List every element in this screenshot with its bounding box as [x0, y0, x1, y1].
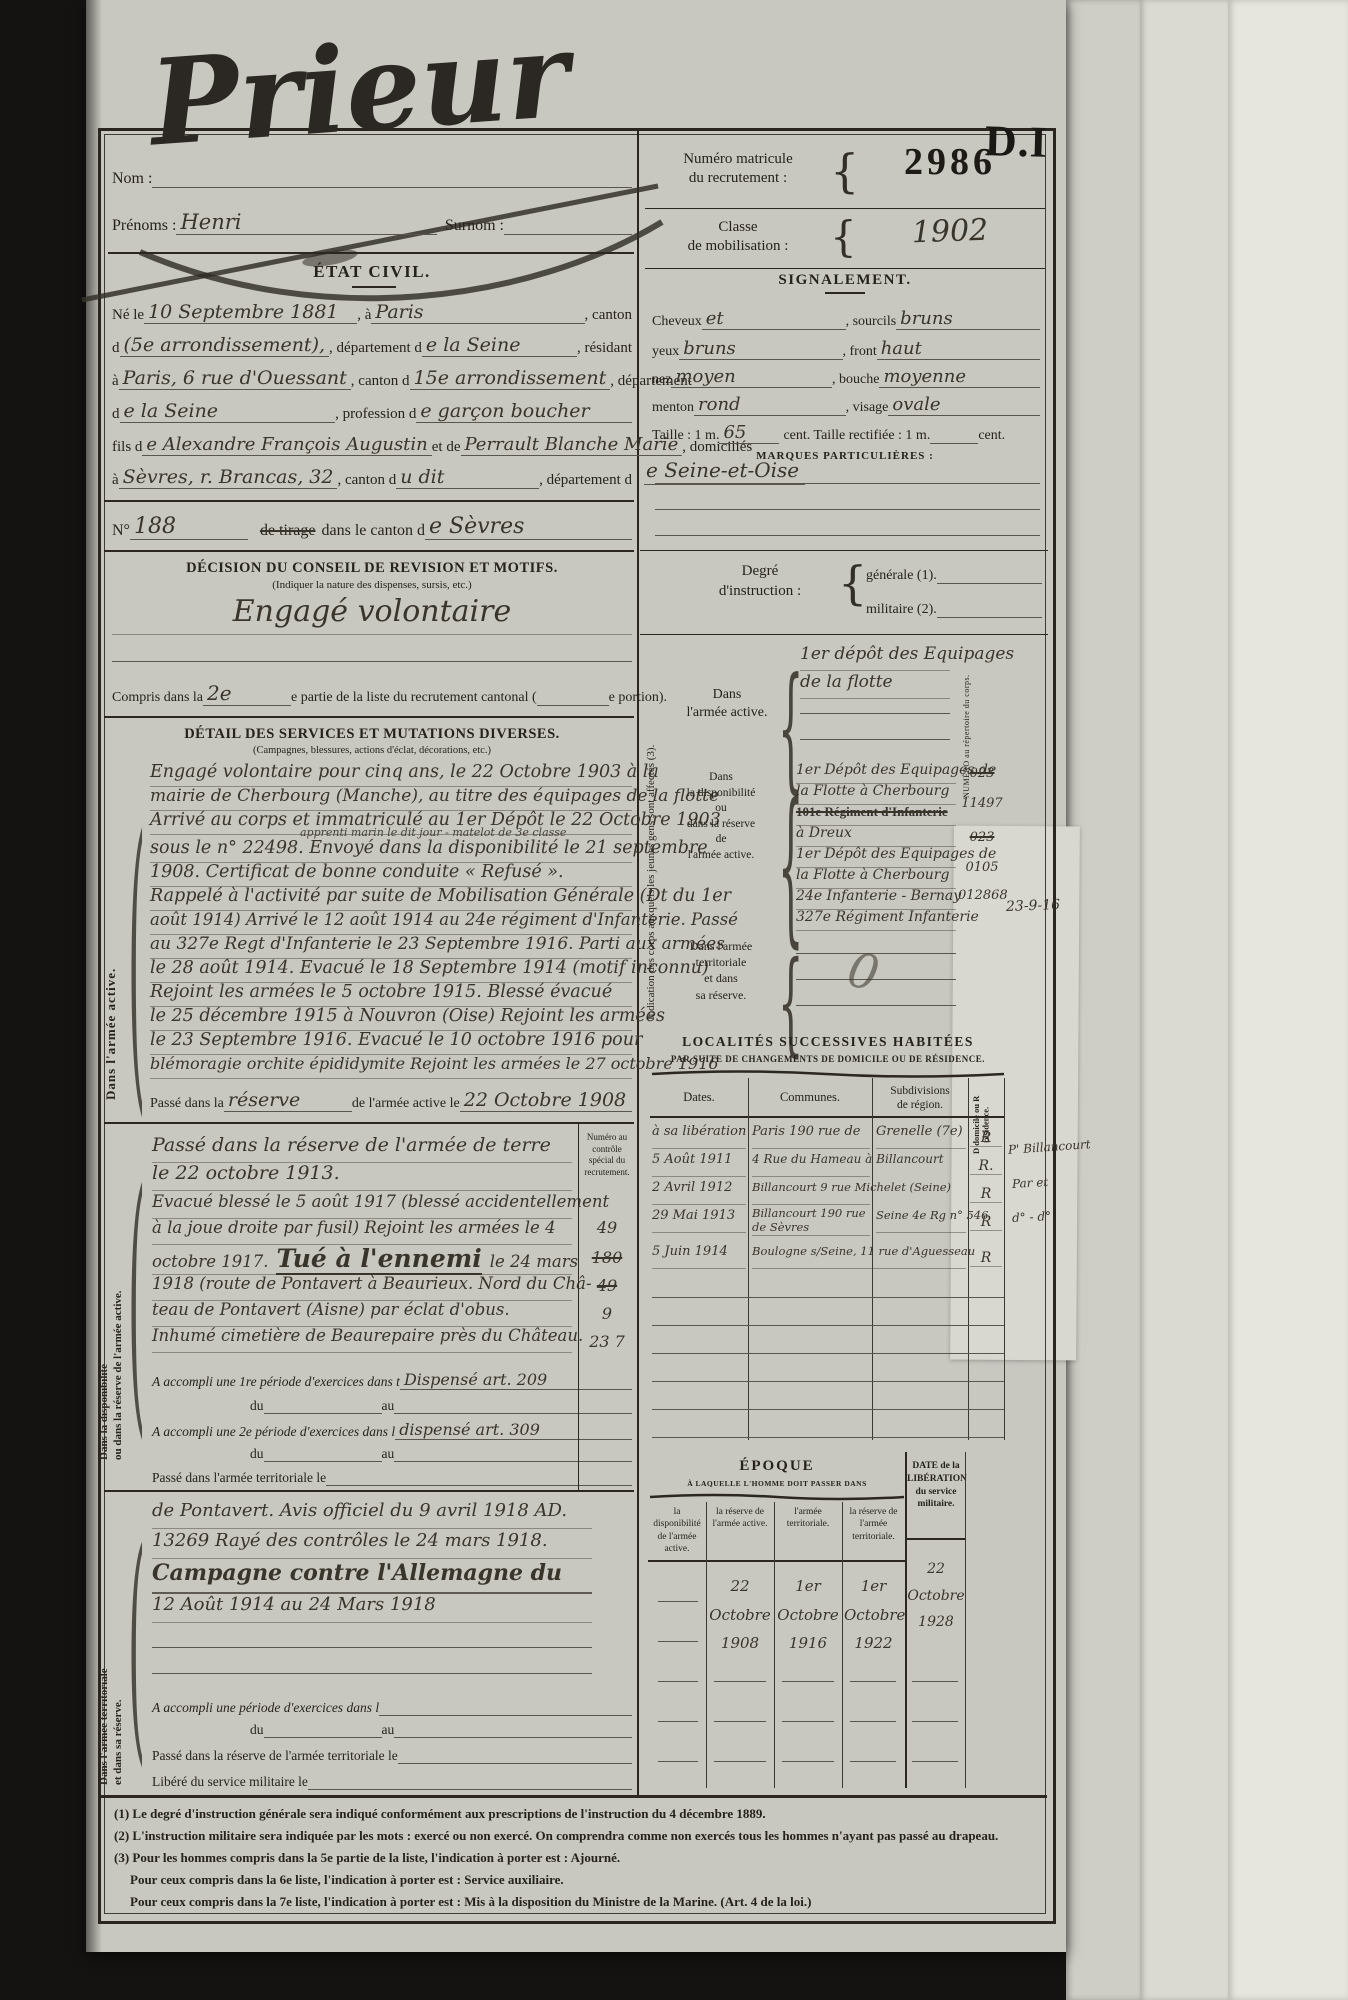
label: nez — [652, 372, 671, 388]
label: à — [112, 472, 119, 489]
passe-territoriale-label: Passé dans l'armée territoriale le — [152, 1470, 326, 1486]
corps-active-line: 1er dépôt des Equipages — [800, 644, 950, 671]
controle-divider — [578, 1124, 579, 1490]
corps-active-line: de la flotte — [800, 672, 950, 699]
epoque-blank — [714, 1680, 766, 1682]
localite-dr: R — [970, 1186, 1002, 1203]
epoque-title: ÉPOQUE — [648, 1458, 906, 1475]
services-title: DÉTAIL DES SERVICES ET MUTATIONS DIVERSE… — [112, 726, 632, 743]
corps-dispo-label: la disponibilité — [662, 786, 780, 802]
prenoms-label: Prénoms : — [112, 217, 176, 235]
de-tirage-struck: de tirage — [260, 522, 316, 540]
corps-active-blank — [800, 712, 950, 714]
label: d — [112, 340, 120, 357]
label: , front — [843, 344, 877, 360]
label: Taille : 1 m. — [652, 428, 719, 444]
label: , département d — [539, 472, 632, 489]
localite-commune: Billancourt 9 rue Michelet (Seine) — [752, 1180, 870, 1205]
corps-dispo-label: Dans — [662, 770, 780, 786]
decision-separator — [104, 716, 634, 718]
corps-entry: 24e Infanterie - Bernay — [796, 888, 956, 910]
visage-value: ovale — [892, 394, 940, 415]
periode1-du-au-row: du au — [250, 1392, 632, 1414]
nez-value: moyen — [675, 366, 735, 387]
epoque-value: 1er Octobre 1916 — [776, 1572, 840, 1658]
parents-departement-value: e Seine-et-Oise — [644, 458, 805, 485]
ec-line-1: Né le 10 Septembre 1881 , à Paris , cant… — [112, 296, 632, 324]
periode1-row: A accompli une 1re période d'exercices d… — [152, 1366, 632, 1390]
label: , bouche — [832, 372, 879, 388]
controle-value-struck: 49 — [580, 1276, 634, 1295]
label: Passé dans la — [150, 1096, 224, 1112]
dispo-line: teau de Pontavert (Aisne) par éclat d'ob… — [152, 1300, 572, 1327]
classe-brace: { — [830, 212, 857, 261]
periode2-label: A accompli une 2e période d'exercices da… — [152, 1424, 395, 1440]
localites-col-subdivisions-2: de région. — [872, 1098, 968, 1112]
epoque-blank — [714, 1760, 766, 1762]
corps-entry: 327e Régiment Infanterie — [796, 909, 956, 931]
page-edge-strip — [1140, 0, 1228, 2000]
epoque-blank — [658, 1760, 698, 1762]
bouche-value: moyenne — [883, 366, 966, 387]
epoque-blank — [782, 1760, 834, 1762]
label: , visage — [846, 400, 889, 416]
epoque-blank — [912, 1760, 958, 1762]
header-separator — [108, 252, 634, 254]
label: Cheveux — [652, 314, 702, 330]
compris-value: 2e — [207, 681, 232, 705]
decision-title: DÉCISION DU CONSEIL DE REVISION ET MOTIF… — [112, 560, 632, 577]
birthplace-value: Paris — [375, 301, 423, 323]
label: , sourcils — [846, 314, 897, 330]
epoque-blank — [658, 1720, 698, 1722]
sig-line-1: Cheveux et , sourcils bruns — [652, 304, 1040, 330]
terr-sidebar-label-2: et dans sa réserve. — [112, 1505, 124, 1785]
service-line: le 28 août 1914. Evacué le 18 Septembre … — [150, 958, 632, 983]
nom-label: Nom : — [112, 170, 152, 188]
passe-reserve-value: réserve — [228, 1089, 300, 1111]
prenoms-row: Prénoms : Henri Surnom : — [112, 210, 632, 235]
label: menton — [652, 400, 694, 416]
localites-col-subdivisions-1: Subdivisions — [872, 1084, 968, 1098]
tue-prefix: octobre 1917. — [152, 1252, 268, 1271]
prenoms-value: Henri — [180, 210, 241, 234]
periode1-label: A accompli une 1re période d'exercices d… — [152, 1374, 400, 1390]
localite-date: à sa libération — [652, 1124, 746, 1149]
tue-suffix: le 24 mars — [490, 1252, 578, 1271]
degre-generale-label: générale (1). — [866, 568, 937, 584]
sig-line-taille: Taille : 1 m. 65 cent. Taille rectifiée … — [652, 418, 1040, 444]
epoque-blank — [658, 1680, 698, 1682]
epoque-col-line — [774, 1502, 775, 1788]
canton-value: 15e arrondissement — [414, 367, 607, 389]
degre-label-2: d'instruction : — [690, 582, 830, 602]
epoque-col-header: l'armée territoriale. — [776, 1506, 840, 1531]
epoque-blank — [912, 1720, 958, 1722]
corps-active-label-1: Dans — [668, 686, 786, 704]
father-name-value: e Alexandre François Augustin — [146, 434, 427, 455]
localites-empty-row — [652, 1296, 1004, 1298]
nom-field — [152, 187, 632, 188]
dispo-brace: ( — [128, 1140, 145, 1466]
tirage-row: N° 188 de tirage dans le canton d e Sèvr… — [112, 508, 632, 540]
epoque-col-header: la réserve de l'armée active. — [708, 1506, 772, 1531]
dispo-line-tue: octobre 1917. Tué à l'ennemi le 24 mars — [152, 1244, 572, 1275]
corps-dispo-label: dans la réserve — [662, 817, 780, 833]
epoque-col-header: la réserve de l'armée territoriale. — [844, 1506, 903, 1543]
terr-line: 13269 Rayé des contrôles le 24 mars 1918… — [152, 1530, 592, 1559]
repertoire-number: 012868 — [958, 888, 1006, 903]
label: , canton d — [337, 472, 396, 489]
service-line: 1908. Certificat de bonne conduite « Ref… — [150, 862, 632, 887]
etat-civil-title-rule — [352, 286, 396, 288]
dispo-line: 1918 (route de Pontavert à Beaurieux. No… — [152, 1274, 572, 1301]
epoque-value: 1er Octobre 1922 — [844, 1572, 903, 1658]
tue-a-l-ennemi: Tué à l'ennemi — [276, 1244, 481, 1275]
sig-line-2: yeux bruns , front haut — [652, 334, 1040, 360]
epoque-col-line — [706, 1502, 707, 1788]
dispo-separator — [104, 1490, 634, 1492]
classe-value: 1902 — [864, 211, 1035, 252]
cheveux-value: et — [706, 308, 724, 329]
label: d — [112, 406, 120, 423]
residence-value: Paris, 6 rue d'Ouessant — [123, 367, 347, 389]
passe-reserve-date: 22 Octobre 1908 — [464, 1089, 626, 1111]
repertoire-number: 11497 — [958, 796, 1006, 811]
degre-militaire-row: militaire (2). — [866, 596, 1042, 618]
service-line: Engagé volontaire pour cinq ans, le 22 O… — [150, 762, 632, 787]
corps-entry: la Flotte à Cherbourg — [796, 867, 956, 889]
terr-sidebar-label-1: Dans l'armée territoriale — [98, 1505, 110, 1785]
dispo-line: Passé dans la réserve de l'armée de terr… — [152, 1134, 572, 1163]
localites-col-communes: Communes. — [748, 1090, 872, 1105]
localites-empty-row — [652, 1436, 1004, 1438]
label: et de — [432, 439, 461, 456]
dispo-line: à la joue droite par fusil) Rejoint les … — [152, 1218, 572, 1245]
service-line: au 327e Regt d'Infanterie le 23 Septembr… — [150, 934, 632, 959]
repertoire-number-struck: 023 — [958, 766, 1006, 781]
au-label: au — [382, 1398, 395, 1414]
front-value: haut — [881, 338, 922, 359]
label: fils d — [112, 439, 142, 456]
label: e partie de la liste du recrutement cant… — [291, 690, 537, 706]
parents-canton-value: u dit — [400, 466, 444, 488]
taille-value: 65 — [723, 422, 746, 443]
epoque-subtitle: À LAQUELLE L'HOMME DOIT PASSER DANS — [648, 1479, 906, 1488]
ec-line-6: à Sèvres, r. Brancas, 32 , canton d u di… — [112, 461, 632, 489]
periode1-value: Dispensé art. 209 — [404, 1370, 547, 1389]
surnom-label: Surnom : — [445, 217, 504, 235]
label: de l'armée active le — [352, 1096, 460, 1112]
du-label: du — [250, 1398, 264, 1414]
ec-line-4: d e la Seine , profession d e garçon bou… — [112, 395, 632, 423]
epoque-header-rule — [648, 1560, 905, 1562]
signalement-title-rule — [825, 292, 865, 294]
label: Compris dans la — [112, 690, 203, 706]
label: à — [112, 373, 119, 390]
yeux-value: bruns — [683, 338, 736, 359]
sourcils-value: bruns — [900, 308, 953, 329]
margin-annotation: d° - d° — [1012, 1209, 1052, 1225]
liberation-date-value: 22 Octobre 1928 — [907, 1556, 965, 1636]
label: Né le — [112, 307, 144, 324]
localites-col-line — [1004, 1078, 1005, 1440]
dispo-line: Inhumé cimetière de Beaurepaire près du … — [152, 1326, 572, 1353]
localites-col-dates: Dates. — [650, 1090, 748, 1105]
service-line: mairie de Cherbourg (Manche), au titre d… — [150, 786, 632, 811]
localites-empty-row — [652, 1324, 1004, 1326]
au-label: au — [382, 1722, 395, 1738]
label: dans le canton d — [321, 522, 425, 540]
localites-empty-row — [652, 1408, 1004, 1410]
corps-dispo-label: ou — [662, 801, 780, 817]
label: , profession d — [335, 406, 416, 423]
footnote: (2) L'instruction militaire sera indiqué… — [114, 1828, 1040, 1844]
localites-ornament-rule — [650, 1068, 1006, 1080]
service-line: le 23 Septembre 1916. Evacué le 10 octob… — [150, 1030, 632, 1055]
terr-blank-rule — [152, 1646, 592, 1648]
epoque-col-line — [842, 1502, 843, 1788]
epoque-blank — [912, 1680, 958, 1682]
localite-subdiv: Seine 4e Rg n° 546 — [876, 1208, 966, 1233]
localites-subtitle: PAR SUITE DE CHANGEMENTS DE DOMICILE OU … — [650, 1054, 1006, 1064]
tirage-separator-2 — [104, 550, 634, 552]
degre-label-1: Degré — [690, 562, 830, 582]
corps-dispo-label: de — [662, 832, 780, 848]
birthdate-value: 10 Septembre 1881 — [148, 301, 338, 323]
label: e portion). — [609, 690, 667, 706]
degre-generale-row: générale (1). — [866, 562, 1042, 584]
margin-annotation: Par et — [1012, 1175, 1049, 1191]
numero-tirage-label: N° — [112, 522, 130, 540]
footnote: Pour ceux compris dans la 6e liste, l'in… — [130, 1872, 1040, 1888]
marques-rule — [655, 534, 1040, 536]
localites-empty-row — [652, 1380, 1004, 1382]
au-label: au — [382, 1446, 395, 1462]
localite-commune: Paris 190 rue de — [752, 1124, 870, 1149]
label: , canton d — [351, 373, 410, 390]
signalement-separator — [640, 550, 1048, 551]
tirage-separator — [104, 500, 634, 502]
epoque-blank — [850, 1680, 896, 1682]
epoque-blank — [850, 1720, 896, 1722]
terr-brace: ( — [128, 1505, 145, 1791]
degre-separator — [640, 634, 1048, 635]
controle-value: 23 7 — [580, 1332, 634, 1351]
localite-date: 29 Mai 1913 — [652, 1208, 746, 1233]
libere-row: Libéré du service militaire le — [152, 1766, 632, 1790]
du-label: du — [250, 1722, 264, 1738]
service-line: blémoragie orchite épididymite Rejoint l… — [150, 1054, 632, 1079]
controle-value-struck: 180 — [580, 1248, 634, 1267]
localites-header-rule — [650, 1116, 1005, 1118]
label: yeux — [652, 344, 679, 360]
terr-periode-label: A accompli une période d'exercices dans … — [152, 1700, 379, 1716]
corps-terr-label: et dans — [662, 970, 780, 986]
di-stamp: D.I — [984, 115, 1048, 168]
services-sidebar-label: Dans l'armée active. — [103, 770, 119, 1100]
corps-entry: 1er Dépôt des Equipages de — [796, 846, 956, 868]
marques-rule — [655, 508, 1040, 510]
terr-passe-reserve-label: Passé dans la réserve de l'armée territo… — [152, 1748, 398, 1764]
localite-date: 2 Avril 1912 — [652, 1180, 746, 1205]
localite-commune: Boulogne s/Seine, 11 rue d'Aguesseau — [752, 1244, 966, 1269]
sig-line-3: nez moyen , bouche moyenne — [652, 362, 1040, 388]
etat-civil-title: ÉTAT CIVIL. — [112, 262, 632, 282]
localite-commune: Billancourt 190 rue de Sèvres — [752, 1206, 870, 1236]
localites-empty-row — [652, 1352, 1004, 1354]
service-line: le 25 décembre 1915 à Nouvron (Oise) Rej… — [150, 1006, 632, 1031]
controle-value: 9 — [580, 1304, 634, 1323]
label: , à — [357, 307, 371, 324]
profession-value: e garçon boucher — [420, 400, 589, 422]
epoque-blank — [714, 1720, 766, 1722]
epoque-value: 22 Octobre 1908 — [708, 1572, 772, 1658]
terr-line: de Pontavert. Avis officiel du 9 avril 1… — [152, 1500, 592, 1529]
corps-terr-label: sa réserve. — [662, 987, 780, 1003]
localite-dr: R. — [970, 1158, 1002, 1175]
epoque-blank — [782, 1680, 834, 1682]
matricule-label-1: Numéro matricule — [653, 150, 823, 169]
parents-address-value: Sèvres, r. Brancas, 32 — [123, 466, 334, 488]
terr-blank-rule — [152, 1672, 592, 1674]
terr-line-campagne: Campagne contre l'Allemagne du — [152, 1560, 592, 1594]
terr-du-au-row: du au — [250, 1716, 632, 1738]
localite-date: 5 Juin 1914 — [652, 1244, 746, 1269]
label: , résidant — [577, 340, 632, 357]
footnote: (1) Le degré d'instruction générale sera… — [114, 1806, 1040, 1822]
classe-label-2: de mobilisation : — [653, 237, 823, 256]
corps-terr-blank — [796, 1004, 956, 1006]
service-line: Rappelé à l'activité par suite de Mobili… — [150, 886, 632, 911]
tirage-canton-value: e Sèvres — [429, 514, 524, 539]
services-brace: ( — [128, 780, 145, 1147]
localites-col-line — [968, 1078, 969, 1440]
terr-passe-reserve-row: Passé dans la réserve de l'armée territo… — [152, 1740, 632, 1764]
classe-box: Classe de mobilisation : { 1902 — [645, 210, 1045, 269]
services-separator — [104, 1122, 634, 1124]
surnom-field — [504, 234, 632, 235]
corps-entry: à Dreux — [796, 825, 956, 847]
footnotes-separator — [101, 1795, 1047, 1798]
epoque-blank — [658, 1640, 698, 1642]
dispo-line: Evacué blessé le 5 août 1917 (blessé acc… — [152, 1192, 572, 1219]
corps-dispo-label: l'armée active. — [662, 848, 780, 864]
localites-col-dr: D domicile ou R résidence. — [972, 1080, 1002, 1170]
passe-reserve-active-row: Passé dans la réserve de l'armée active … — [150, 1086, 632, 1112]
localites-title: LOCALITÉS SUCCESSIVES HABITÉES — [650, 1034, 1006, 1050]
degre-militaire-label: militaire (2). — [866, 602, 937, 618]
dispo-line: le 22 octobre 1913. — [152, 1162, 572, 1191]
page-edge-strip — [1228, 0, 1348, 2000]
localite-commune: 4 Rue du Hameau à Billancourt — [752, 1152, 870, 1177]
decision-blank-rule — [112, 660, 632, 662]
epoque-right-line — [965, 1452, 966, 1788]
signalement-title: SIGNALEMENT. — [645, 272, 1045, 289]
degre-brace: { — [838, 556, 867, 610]
periode2-row: A accompli une 2e période d'exercices da… — [152, 1416, 632, 1440]
ec-line-3: à Paris, 6 rue d'Ouessant , canton d 15e… — [112, 362, 632, 390]
label: , département d — [329, 340, 422, 357]
dispo-sidebar-label-2: ou dans la réserve de l'armée active. — [112, 1140, 124, 1460]
corps-active-label-2: l'armée active. — [668, 704, 786, 722]
label: cent. — [978, 428, 1005, 444]
localite-dr: R — [970, 1250, 1002, 1267]
corps-active-blank — [800, 738, 950, 740]
controle-header: Numéro au contrôle spécial du recrutemen… — [580, 1132, 634, 1179]
arrondissement-value: (5e arrondissement), — [124, 334, 326, 356]
compris-row: Compris dans la 2e e partie de la liste … — [112, 678, 632, 706]
corps-terr-label: Dans l'armée — [662, 938, 780, 954]
repertoire-number-struck: 023 — [958, 830, 1006, 845]
footnote: Pour ceux compris dans la 7e liste, l'in… — [130, 1894, 1040, 1910]
epoque-blank — [782, 1720, 834, 1722]
corps-entry: 1er Dépôt des Equipages de — [796, 762, 956, 784]
epoque-date-rule — [905, 1538, 965, 1540]
decision-subtitle: (Indiquer la nature des dispenses, sursi… — [112, 579, 632, 591]
services-subtitle: (Campagnes, blessures, actions d'éclat, … — [112, 745, 632, 756]
epoque-ornament-rule — [648, 1492, 906, 1502]
epoque-col-header: la disponibilité de l'armée active. — [650, 1506, 704, 1555]
localite-date: 5 Août 1911 — [652, 1152, 746, 1177]
tirage-number: 188 — [134, 514, 176, 539]
service-line: août 1914) Arrivé le 12 août 1914 au 24e… — [150, 910, 632, 935]
register-page: Prieur Nom : Prénoms : Henri Surnom : Nu… — [0, 0, 1348, 2000]
periode2-value: dispensé art. 309 — [399, 1420, 540, 1439]
label: cent. Taille rectifiée : 1 m. — [783, 428, 930, 444]
matricule-label-2: du recrutement : — [653, 169, 823, 188]
libere-label: Libéré du service militaire le — [152, 1774, 308, 1790]
footnote: (3) Pour les hommes compris dans la 5e p… — [114, 1850, 1040, 1866]
sig-line-4: menton rond , visage ovale — [652, 390, 1040, 416]
classe-label-1: Classe — [653, 218, 823, 237]
margin-note-date: 23-9-16 — [1006, 897, 1061, 915]
ec-line-5: fils d e Alexandre François Augustin et … — [112, 428, 632, 456]
epoque-blank — [658, 1600, 698, 1602]
dispo-sidebar-label-1: Dans la disponibilité — [98, 1140, 110, 1460]
corps-entry: la Flotte à Cherbourg — [796, 783, 956, 805]
terr-line: 12 Août 1914 au 24 Mars 1918 — [152, 1594, 592, 1623]
corps-vertical-label: Indication des corps auxquels les jeunes… — [645, 650, 657, 1020]
passe-territoriale-row: Passé dans l'armée territoriale le — [152, 1462, 632, 1486]
controle-value: 49 — [580, 1218, 634, 1237]
departement2-value: e la Seine — [124, 400, 219, 422]
nom-row: Nom : — [112, 170, 632, 188]
du-label: du — [250, 1446, 264, 1462]
periode2-du-au-row: du au — [250, 1440, 632, 1462]
corps-entry-struck: 101e Régiment d'Infanterie — [796, 804, 956, 826]
epoque-blank — [850, 1760, 896, 1762]
repertoire-number: 0105 — [958, 860, 1006, 875]
localite-dr: R — [970, 1130, 1002, 1147]
terr-periode-row: A accompli une période d'exercices dans … — [152, 1692, 632, 1716]
decision-value: Engagé volontaire — [112, 594, 632, 635]
ec-line-2: d (5e arrondissement), , département d e… — [112, 329, 632, 357]
service-line: Rejoint les armées le 5 octobre 1915. Bl… — [150, 982, 632, 1007]
service-line: sous le n° 22498. Envoyé dans la disponi… — [150, 838, 632, 863]
localite-subdiv: Grenelle (7e) — [876, 1124, 966, 1149]
menton-value: rond — [698, 394, 741, 415]
epoque-date-header: DATE de la LIBÉRATION du service militai… — [907, 1460, 965, 1511]
label: , canton — [585, 307, 632, 324]
localites-col-line — [748, 1078, 749, 1440]
corps-terr-label: territoriale — [662, 954, 780, 970]
localite-dr: R — [970, 1214, 1002, 1231]
departement-value: e la Seine — [426, 334, 521, 356]
